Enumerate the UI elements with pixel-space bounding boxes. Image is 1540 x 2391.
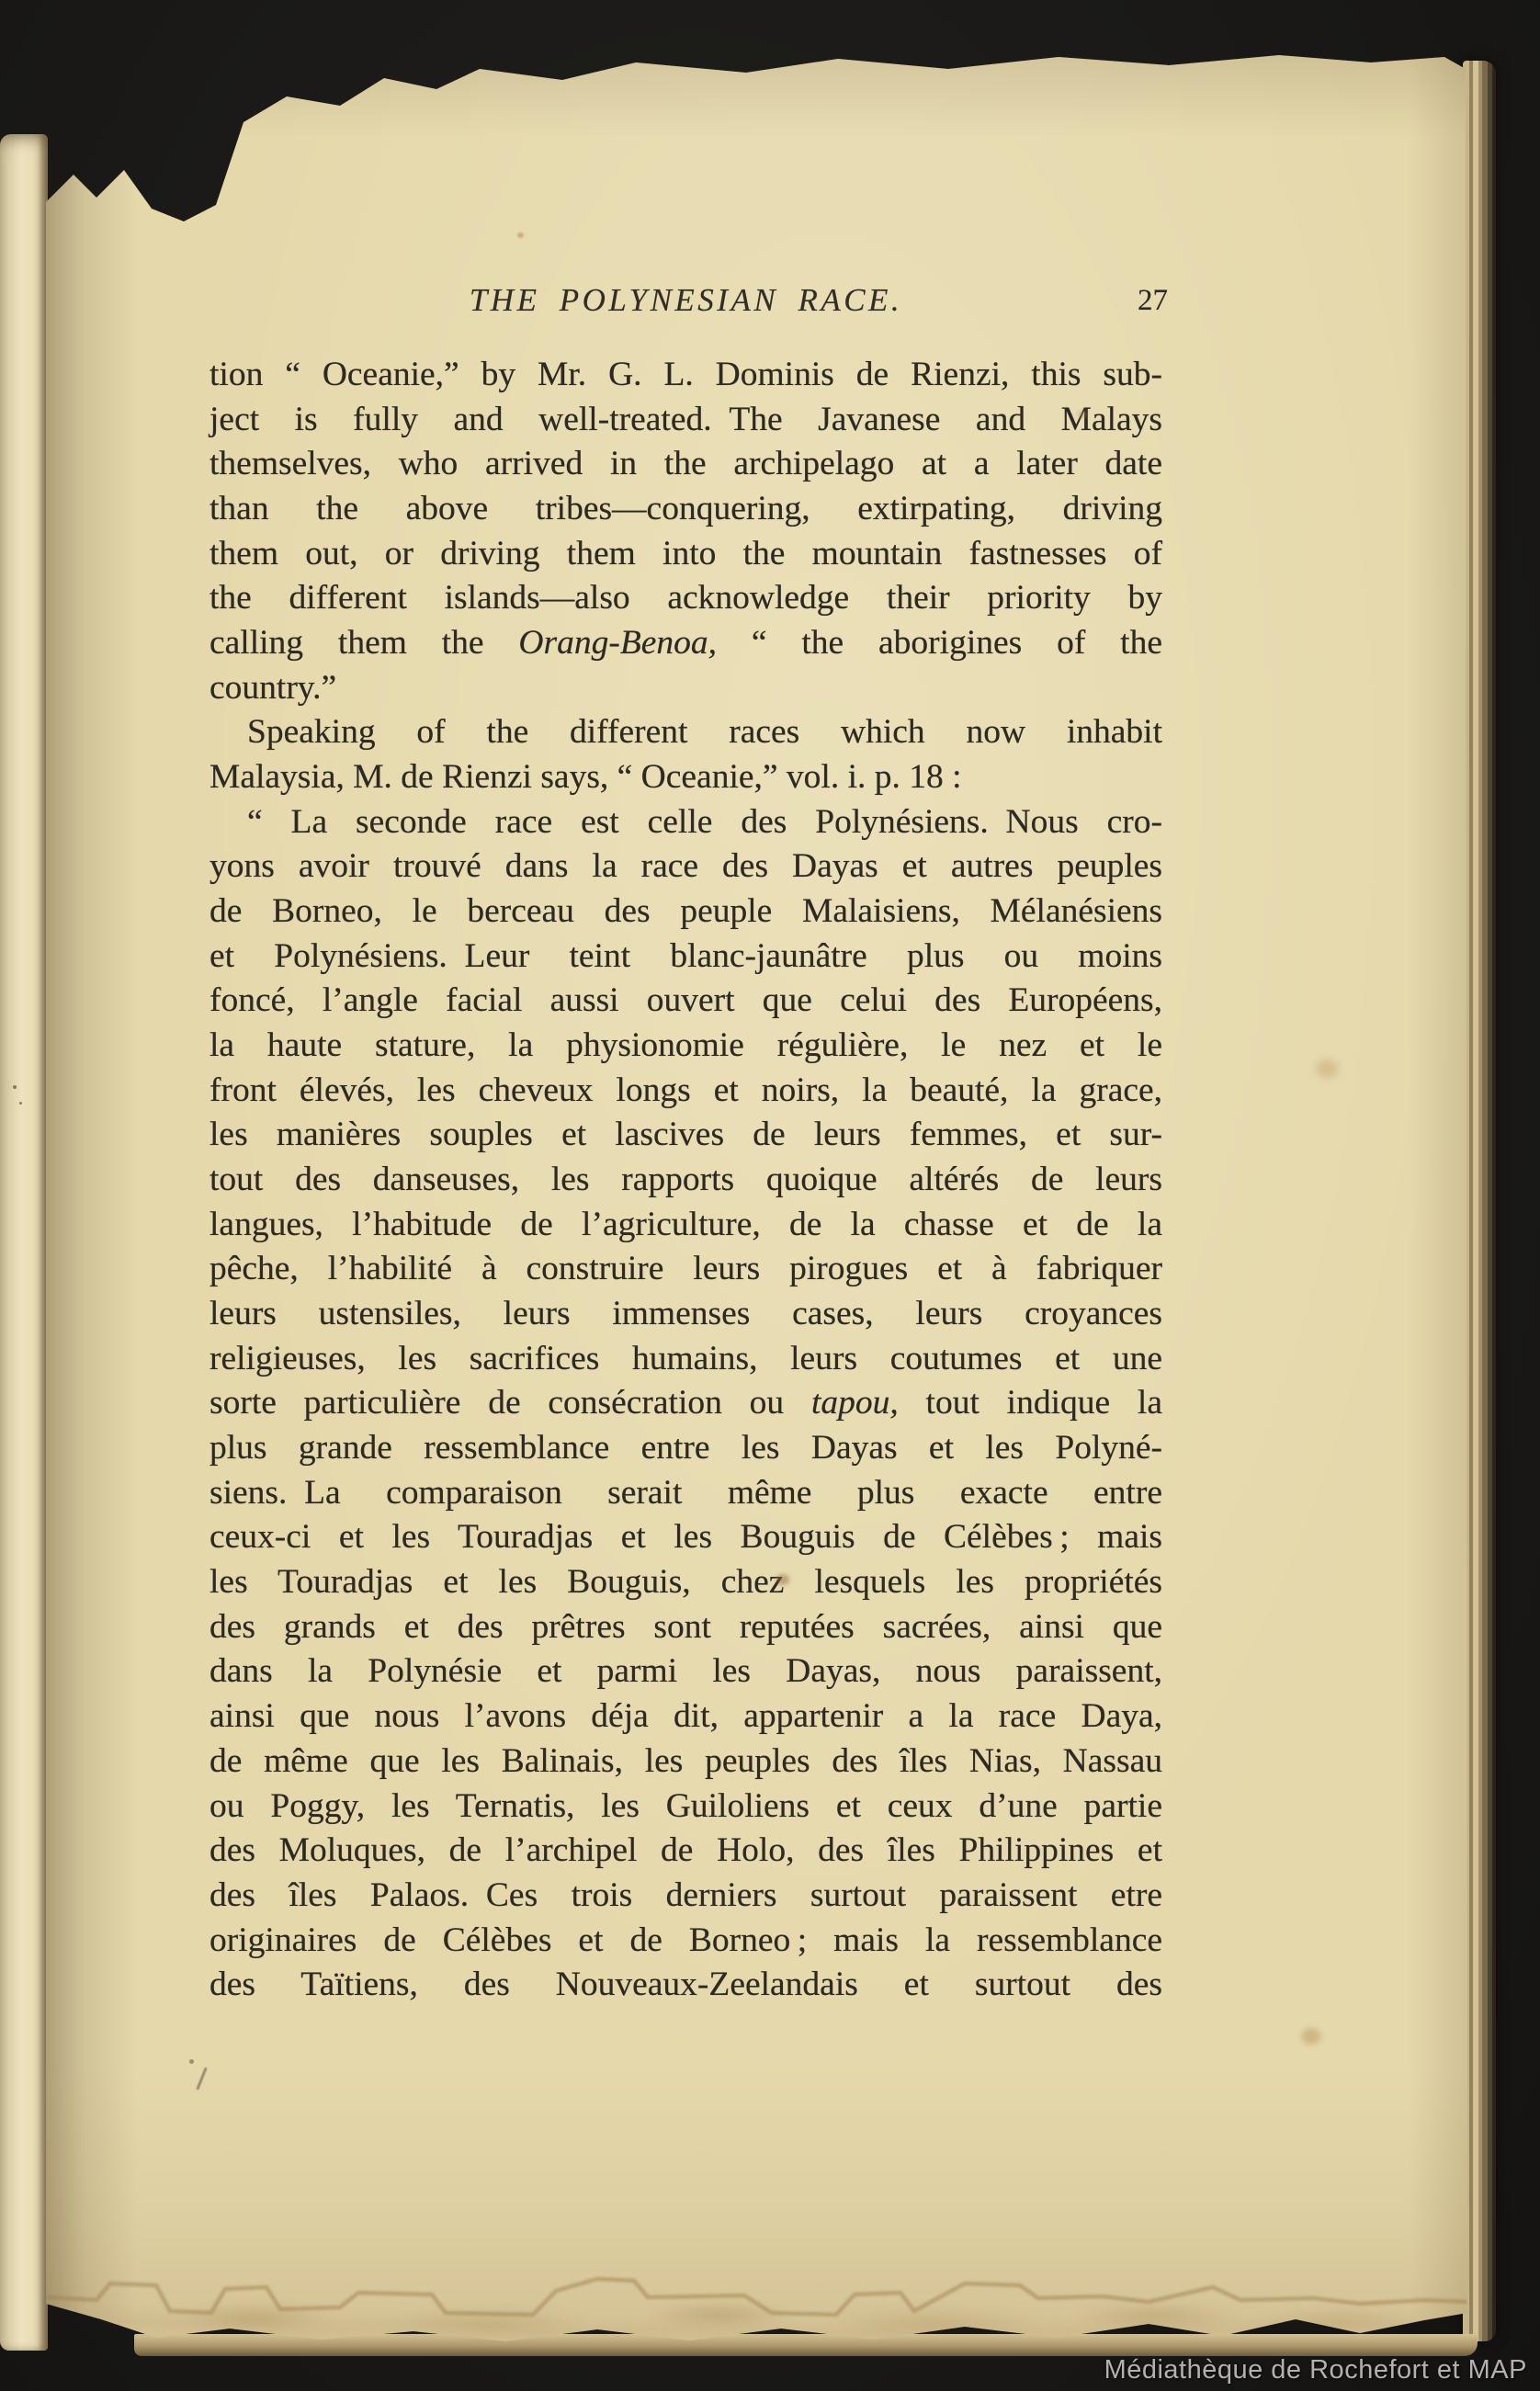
- text-line: the different islands—also acknowledge t…: [209, 576, 1162, 621]
- text-line: country.”: [209, 666, 1162, 711]
- text-line: et Polynésiens. Leur teint blanc-jaunâtr…: [209, 935, 1162, 980]
- text-line: ou Poggy, les Ternatis, les Guiloliens e…: [209, 1785, 1162, 1830]
- text-line: langues, l’habitude de l’agriculture, de…: [209, 1203, 1162, 1248]
- text-line: dans la Polynésie et parmi les Dayas, no…: [209, 1649, 1162, 1694]
- text-line: la haute stature, la physionomie réguliè…: [209, 1024, 1162, 1069]
- text-line: calling them the Orang-Benoa, “ the abor…: [209, 621, 1162, 666]
- page-number: 27: [1138, 278, 1168, 323]
- text-line: originaires de Célèbes et de Borneo ; ma…: [209, 1919, 1162, 1964]
- text-line: de même que les Balinais, les peuples de…: [209, 1739, 1162, 1785]
- text-line: siens. La comparaison serait même plus e…: [209, 1471, 1162, 1516]
- text-line: pêche, l’habilité à construire leurs pir…: [209, 1247, 1162, 1292]
- text-line: Malaysia, M. de Rienzi says, “ Oceanie,”…: [209, 755, 1162, 800]
- text-line: them out, or driving them into the mount…: [209, 532, 1162, 577]
- text-line: tion “ Oceanie,” by Mr. G. L. Dominis de…: [209, 353, 1162, 398]
- watermark: Médiathèque de Rochefort et MAP: [1104, 2355, 1527, 2385]
- foxing-spot: [1316, 1060, 1338, 1078]
- text-line: plus grande ressemblance entre les Dayas…: [209, 1426, 1162, 1471]
- text-line: foncé, l’angle facial aussi ouvert que c…: [209, 979, 1162, 1024]
- text-line: sorte particulière de consécration ou ta…: [209, 1381, 1162, 1426]
- text-line: leurs ustensiles, leurs immenses cases, …: [209, 1292, 1162, 1337]
- underlying-page-edge: [0, 134, 48, 2351]
- text-line: ject is fully and well-treated. The Java…: [209, 398, 1162, 443]
- text-line: tout des danseuses, les rapports quoique…: [209, 1158, 1162, 1203]
- text-line: les manières souples et lascives de leur…: [209, 1113, 1162, 1158]
- foxing-spot: [776, 1574, 789, 1585]
- text-line: des grands et des prêtres sont reputées …: [209, 1605, 1162, 1650]
- text-line: ainsi que nous l’avons déja dit, apparte…: [209, 1694, 1162, 1739]
- text-line: de Borneo, le berceau des peuple Malaisi…: [209, 890, 1162, 935]
- header-row: THE POLYNESIAN RACE. 27: [209, 278, 1162, 323]
- text-line: des îles Palaos. Ces trois derniers surt…: [209, 1874, 1162, 1919]
- text-line: ceux-ci et les Touradjas et les Bouguis …: [209, 1515, 1162, 1560]
- text-line: “ La seconde race est celle des Polynési…: [209, 800, 1162, 845]
- text-line: Speaking of the different races which no…: [209, 710, 1162, 755]
- text-line: front élevés, les cheveux longs et noirs…: [209, 1069, 1162, 1114]
- text-line: yons avoir trouvé dans la race des Dayas…: [209, 844, 1162, 890]
- ink-speck: [19, 1102, 22, 1105]
- running-header: THE POLYNESIAN RACE.: [209, 278, 1162, 323]
- text-line: than the above tribes—conquering, extirp…: [209, 487, 1162, 532]
- text-lines: tion “ Oceanie,” by Mr. G. L. Dominis de…: [209, 353, 1162, 2008]
- foxing-spot: [1301, 2028, 1321, 2045]
- text-line: des Taïtiens, des Nouveaux-Zeelandais et…: [209, 1963, 1162, 2008]
- text-line: des Moluques, de l’archipel de Holo, des…: [209, 1829, 1162, 1874]
- book-page: THE POLYNESIAN RACE. 27 tion “ Oceanie,”…: [46, 51, 1467, 2343]
- fore-edge-page-stack: [1463, 61, 1496, 2341]
- text-line: les Touradjas et les Bouguis, chez lesqu…: [209, 1560, 1162, 1605]
- ink-speck: [13, 1085, 17, 1089]
- pen-mark: [189, 2059, 194, 2064]
- pen-mark: [196, 2067, 207, 2090]
- text-line: themselves, who arrived in the archipela…: [209, 442, 1162, 487]
- foxing-spot: [1078, 411, 1087, 418]
- photo-background: { "document": { "running_header": "THE P…: [0, 0, 1540, 2391]
- foxing-spot: [517, 232, 524, 238]
- text-line: religieuses, les sacrifices humains, leu…: [209, 1337, 1162, 1382]
